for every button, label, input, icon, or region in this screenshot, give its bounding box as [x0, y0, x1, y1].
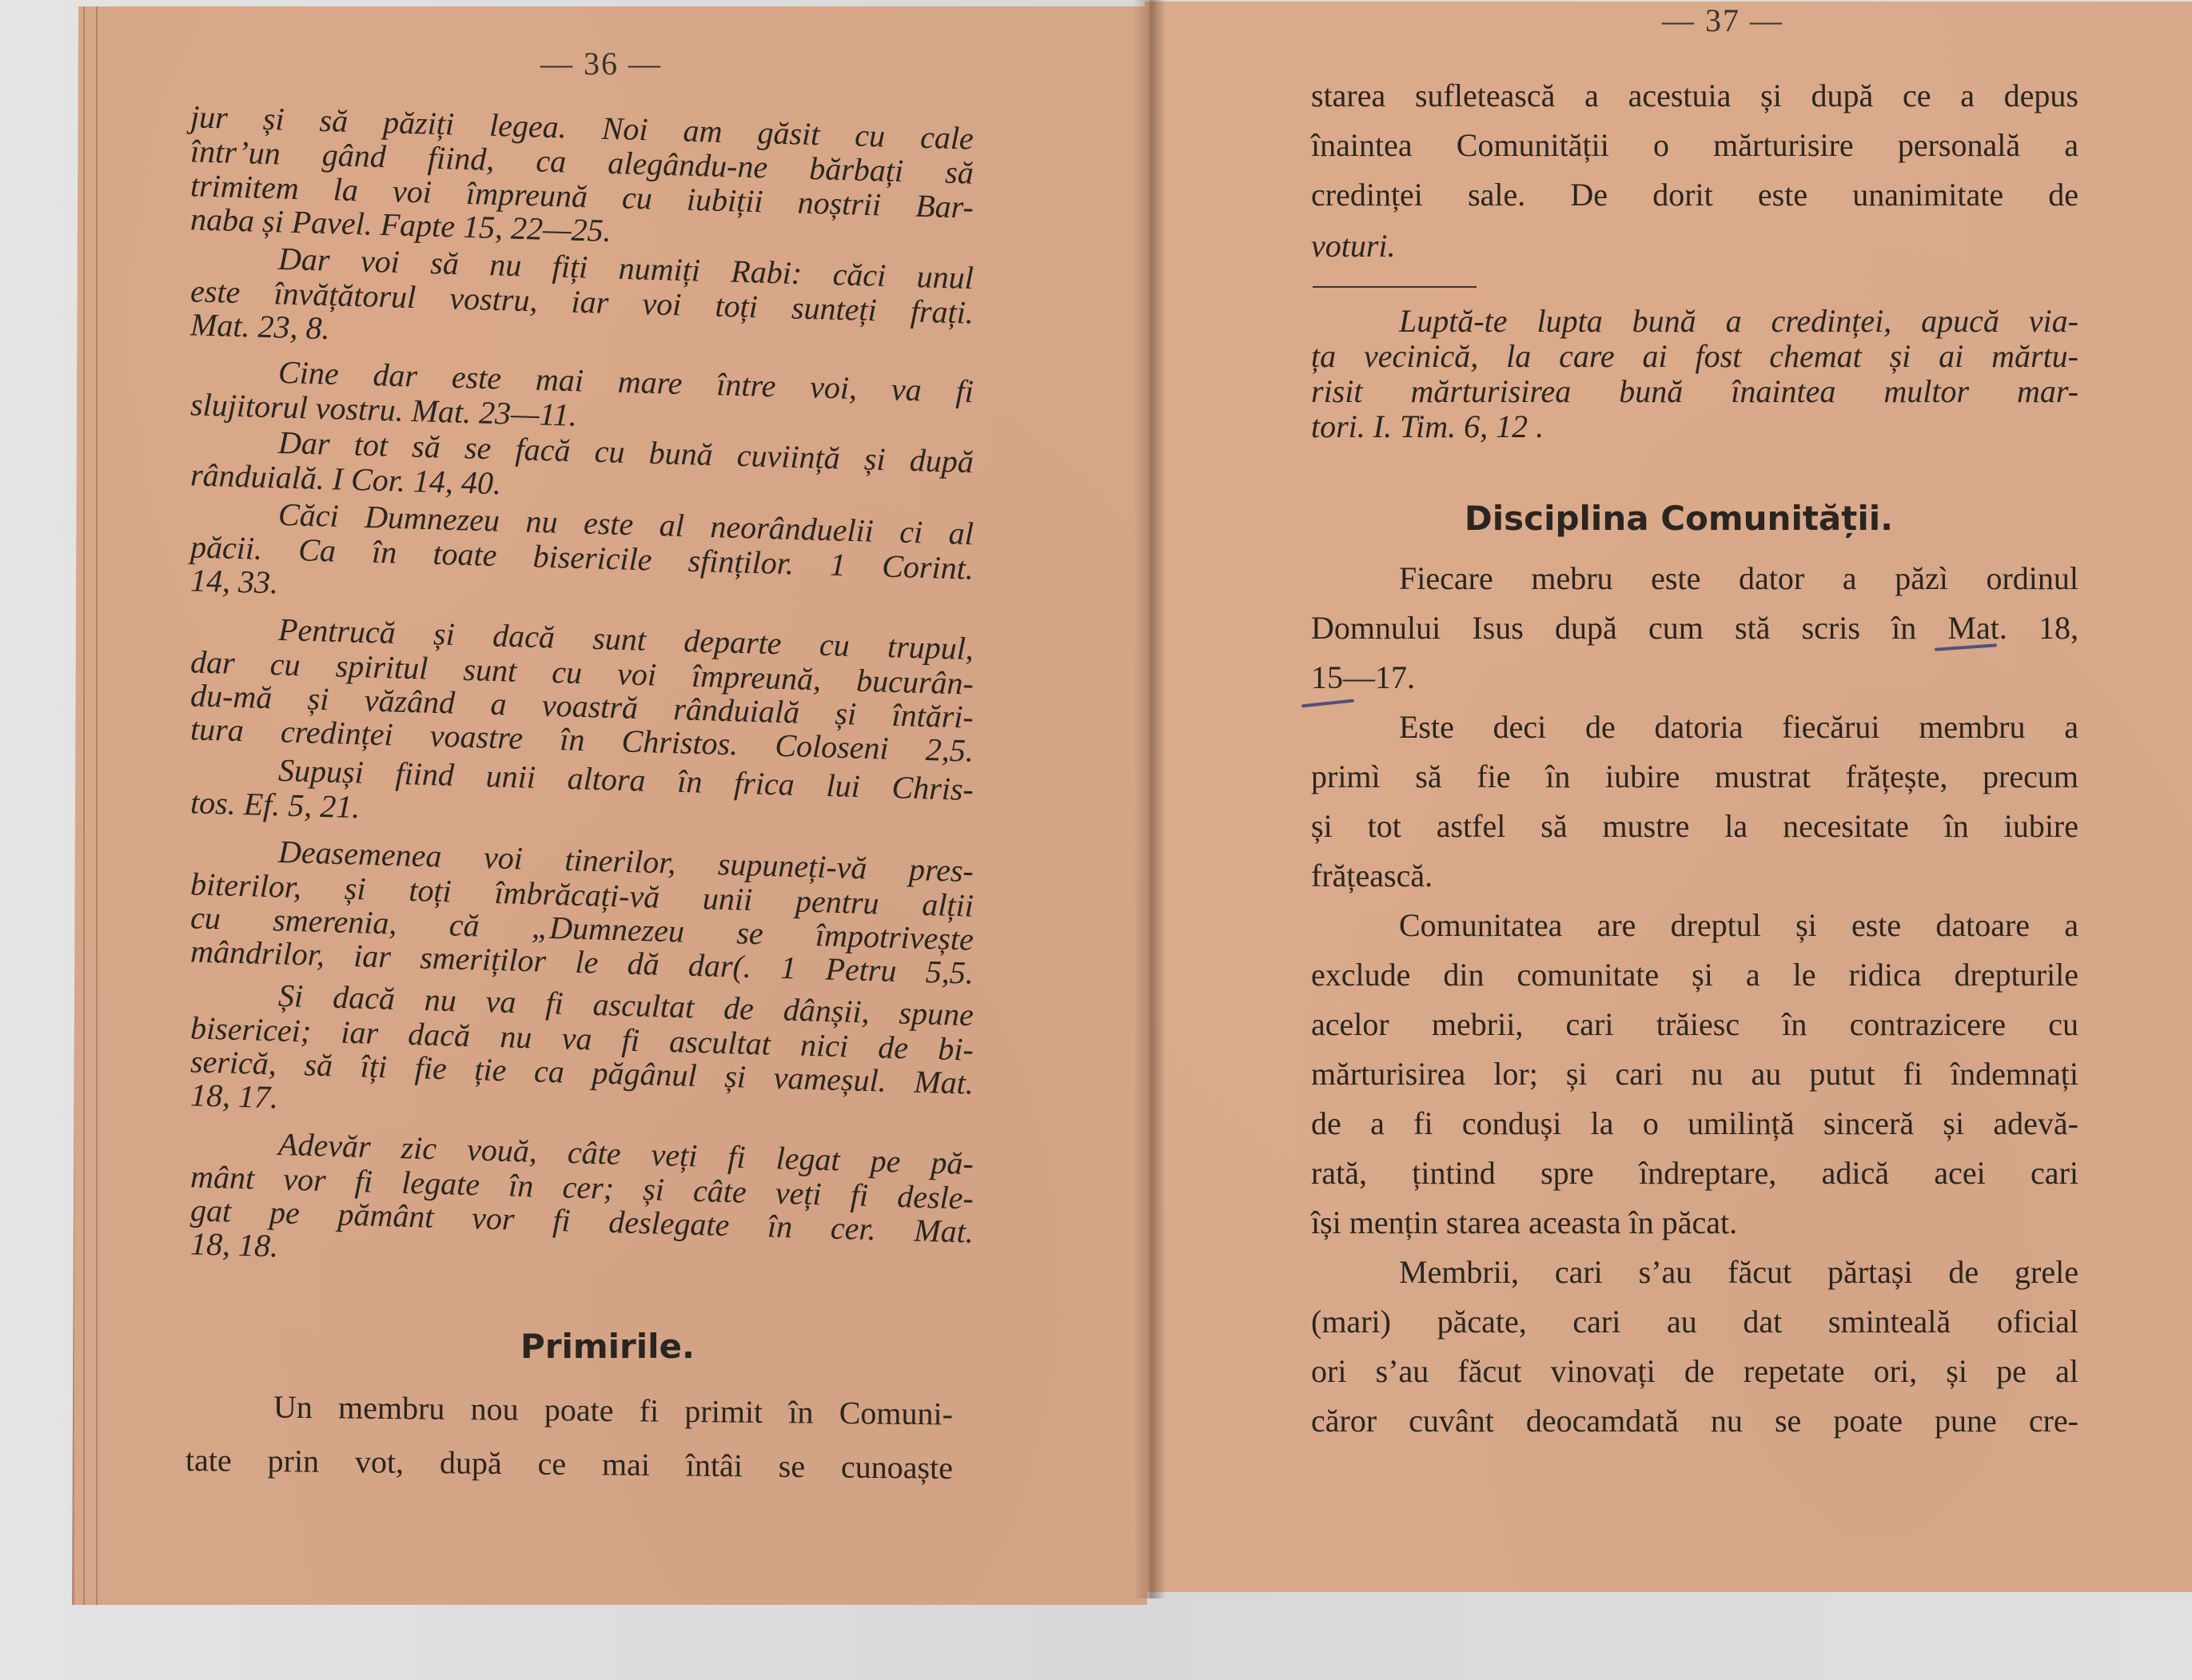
text-line: voturi. [1311, 230, 2078, 262]
text-line: căror cuvânt deocamdată nu se poate pune… [1311, 1405, 2078, 1437]
section-heading-disciplina: Disciplina Comunității. [1391, 499, 1967, 538]
text-line: Comunitatea are dreptul și este datoare … [1399, 910, 2078, 942]
text-line: mărturisirea lor; și cari nu au putut fi… [1311, 1058, 2078, 1090]
text-line: 15—17. [1311, 662, 2078, 694]
page-number-right: — 37 — [1627, 2, 1819, 39]
text-line: acelor mebrii, cari trăiesc în contrazic… [1311, 1009, 2078, 1041]
text-line: Membrii, cari s’au făcut părtași de grel… [1399, 1256, 2078, 1288]
text-line: tori. I. Tim. 6, 12 . [1311, 411, 2078, 443]
text-line: risit mărturisirea bună înaintea multor … [1311, 376, 2078, 408]
text-line: credinței sale. De dorit este unanimitat… [1311, 179, 2078, 211]
text-line: exclude din comunitate și a le ridica dr… [1311, 959, 2078, 991]
text-line: Domnului Isus după cum stă scris în Mat.… [1311, 612, 2078, 644]
text-line: ța vecinică, la care ai fost chemat și a… [1311, 340, 2078, 372]
page-number-left: — 36 — [505, 45, 697, 82]
text-line: starea sufletească a acestuia și după ce… [1311, 80, 2078, 112]
separator-rule [1313, 286, 1477, 288]
text-line: rată, țintind spre îndreptare, adică ace… [1311, 1157, 2078, 1189]
text-line: frățească. [1311, 860, 2078, 892]
text-line: Un membru nou poate fi primit în Comuni- [273, 1391, 953, 1431]
book-spine [1134, 0, 1166, 1598]
text-line: ori s’au făcut vinovați de repetate ori,… [1311, 1356, 2078, 1387]
text-line: și tot astfel să mustre la necesitate în… [1311, 810, 2078, 842]
text-line: Luptă-te lupta bună a credinței, apucă v… [1399, 305, 2078, 337]
book-scan: — 36 — jur și să păziți legea. Noi am gă… [0, 0, 2192, 1680]
text-line: primì să fie în iubire mustrat frățește,… [1311, 761, 2078, 793]
text-line: tate prin vot, după ce mai întâi se cuno… [185, 1444, 953, 1484]
text-line: Fiecare mebru este dator a păzì ordinul [1399, 563, 2078, 595]
text-line: de a fi conduși la o umilință sinceră și… [1311, 1108, 2078, 1140]
section-heading-primirile: Primirile. [432, 1327, 783, 1366]
text-line: Este deci de datoria fiecărui membru a [1399, 711, 2078, 743]
text-line: înaintea Comunității o mărturisire perso… [1311, 129, 2078, 161]
text-line: își mențin starea aceasta în păcat. [1311, 1207, 2078, 1239]
text-line: (mari) păcate, cari au dat sminteală ofi… [1311, 1306, 2078, 1338]
